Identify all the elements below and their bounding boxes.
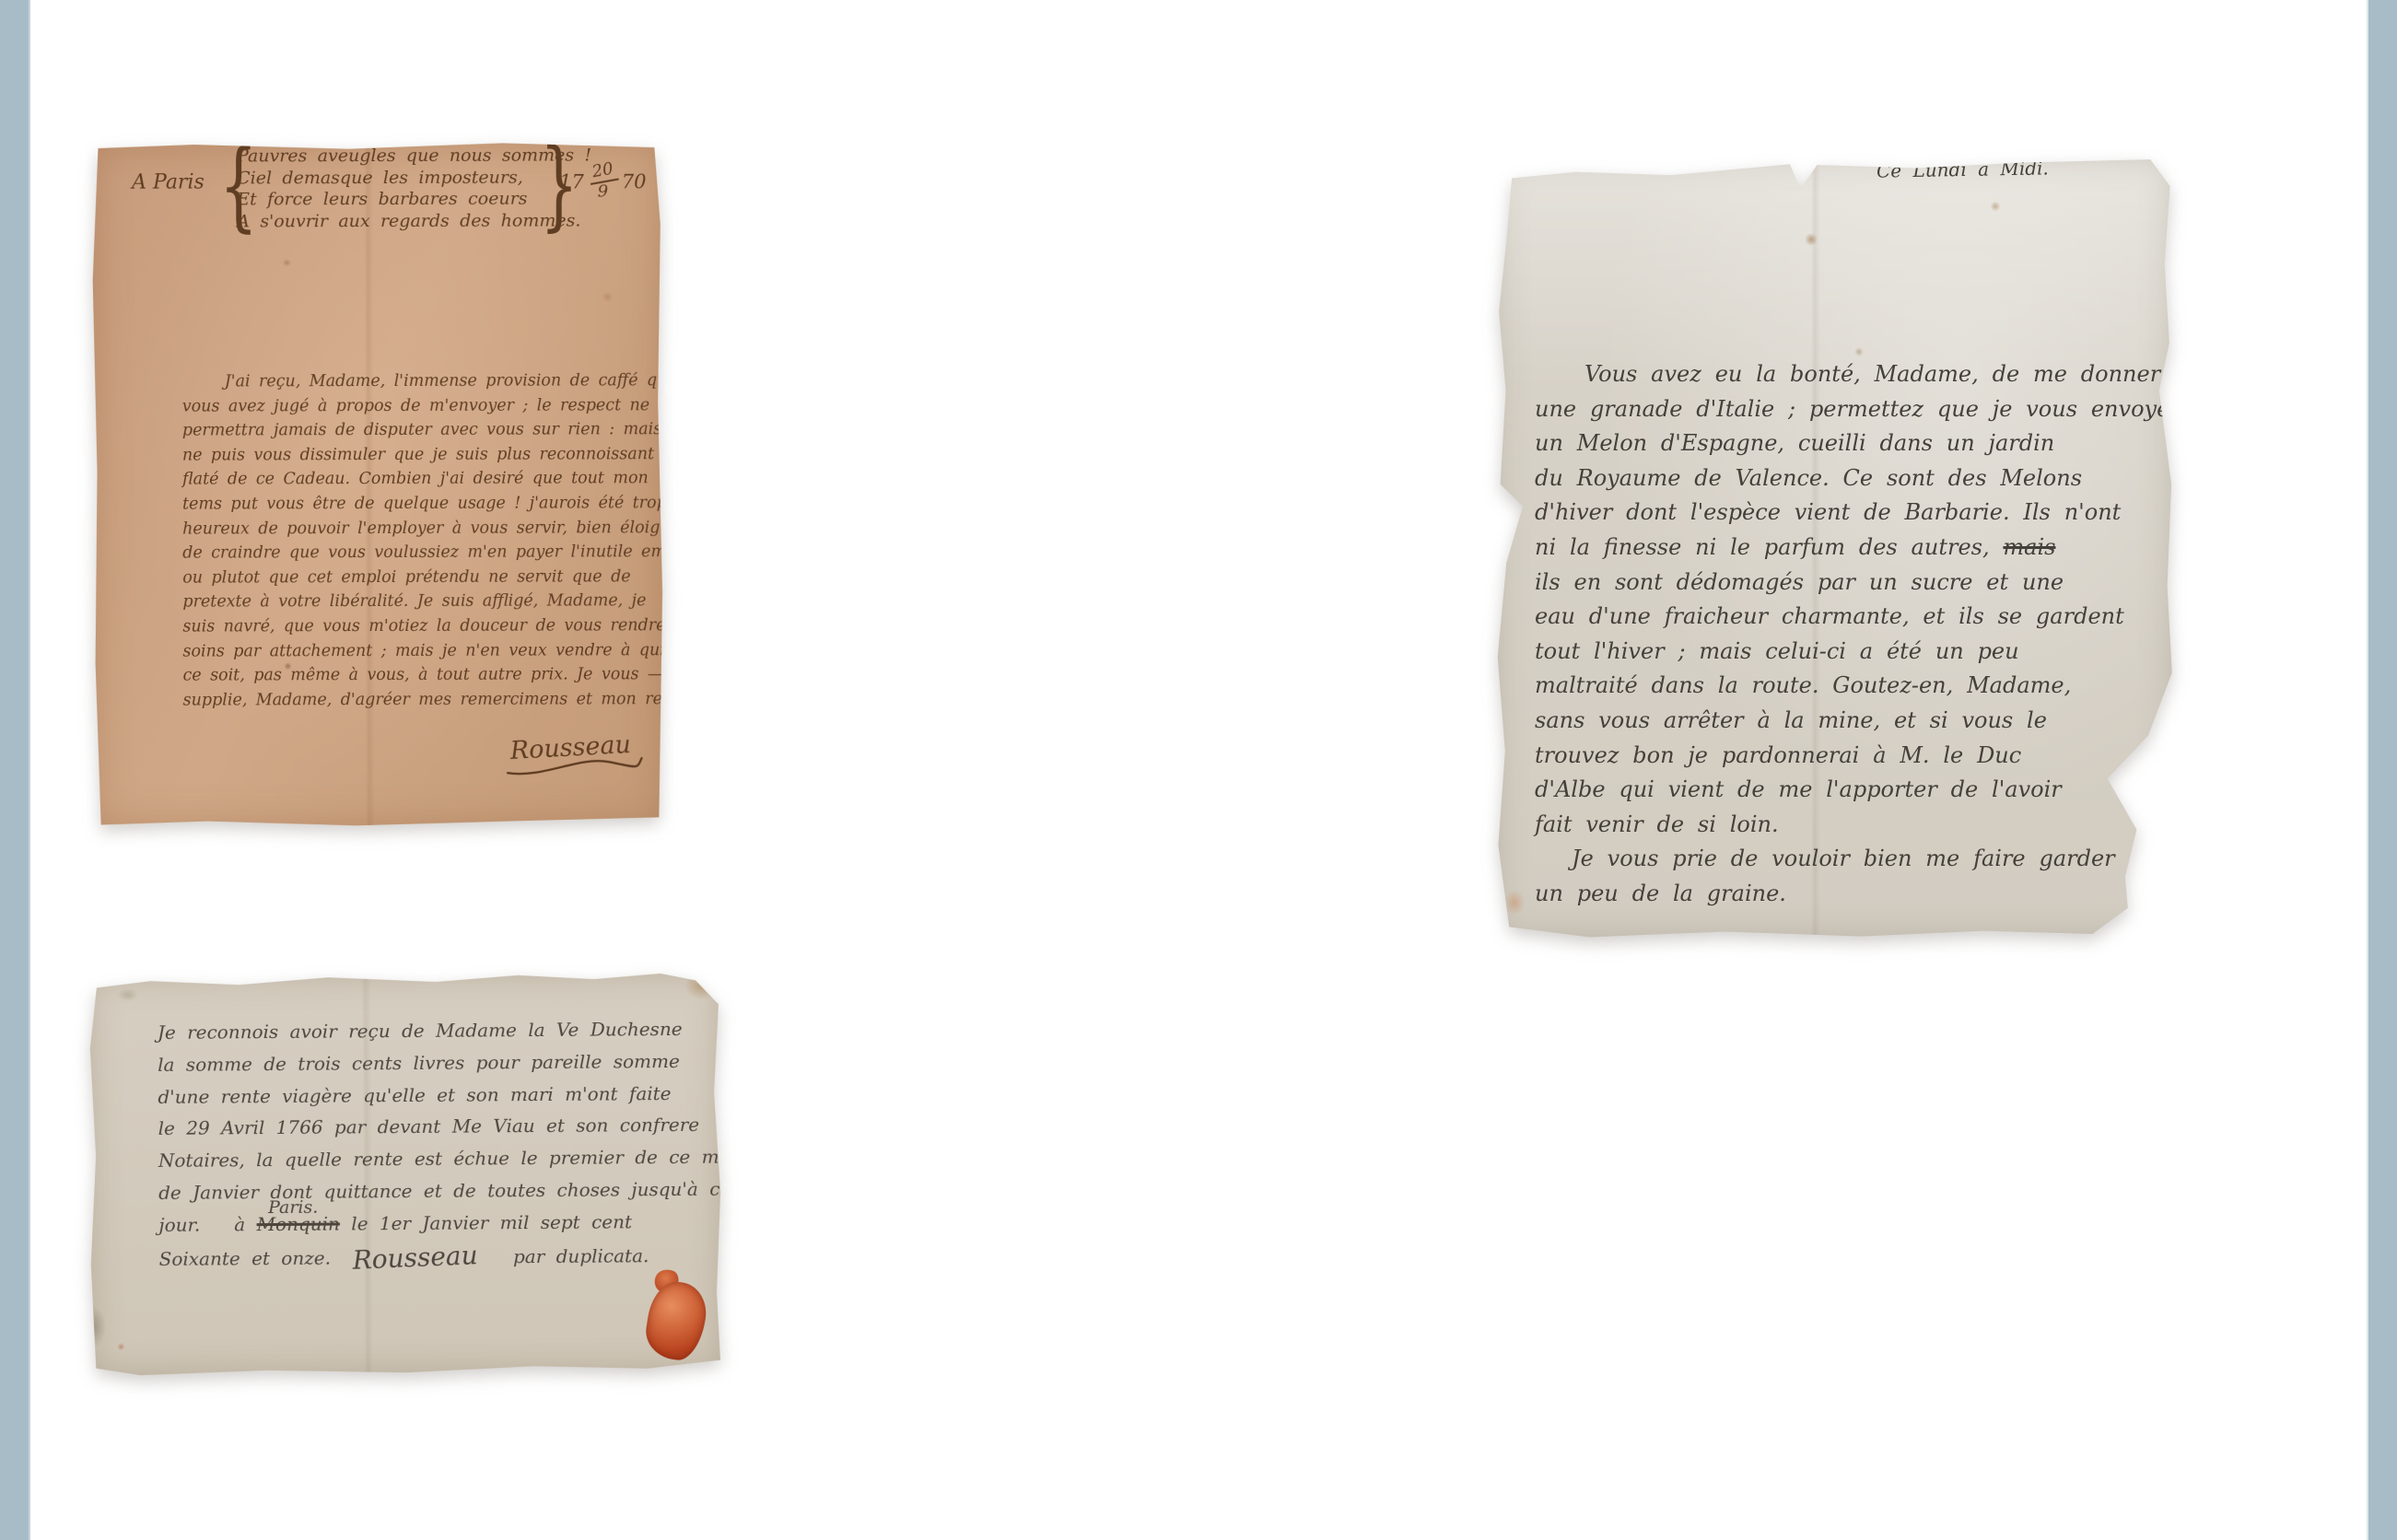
handwritten-line: la somme de trois cents livres pour pare… [158, 1045, 697, 1081]
handwritten-line: un peu de la graine. [1535, 877, 2174, 912]
handwritten-line: un Melon d'Espagne, cueilli dans un jard… [1535, 426, 2174, 461]
handwritten-line: maltraité dans la route. Goutez-en, Mada… [1535, 669, 2174, 704]
handwritten-line: de craindre que vous voulussiez m'en pay… [182, 540, 658, 566]
handwritten-line: flaté de ce Cadeau. Combien j'ai desiré … [182, 467, 658, 493]
dateline: Ce Lundi à Midi. [1877, 157, 2049, 181]
handwritten-line: tout l'hiver ; mais celui-ci a été un pe… [1535, 635, 2174, 670]
handwritten-line: Vous avez eu la bonté, Madame, de me don… [1535, 357, 2174, 392]
handwritten-line: d'Albe qui vient de me l'apporter de l'a… [1535, 773, 2174, 808]
handwritten-line: Je reconnois avoir reçu de Madame la Ve … [158, 1013, 697, 1049]
handwritten-line: supplie, Madame, d'agréer mes remercimen… [183, 687, 659, 713]
date-prefix: 17 [559, 170, 584, 192]
receipt-1771: Je reconnois avoir reçu de Madame la Ve … [87, 973, 723, 1377]
line-segment: par duplicata. [513, 1244, 649, 1267]
handwritten-line: d'une rente viagère qu'elle et son mari … [158, 1077, 697, 1113]
letter-body: J'ai reçu, Madame, l'immense provision d… [182, 368, 659, 713]
handwritten-line: trouvez bon je pardonnerai à M. le Duc [1535, 739, 2174, 774]
handwritten-line: sans vous arrêter à la mine, et si vous … [1535, 704, 2174, 739]
handwritten-line: soins par attachement ; mais je n'en veu… [182, 638, 658, 664]
letter-melon: Ce Lundi à Midi. Vous avez eu la bonté, … [1494, 155, 2174, 939]
signature-rousseau: Rousseau [509, 730, 632, 765]
place-label: A Paris [132, 170, 205, 193]
red-wax-seal [642, 1278, 710, 1363]
manuscript-date: 17 20 9 70 [559, 162, 646, 201]
handwritten-line: pretexte à votre libéralité. Je suis aff… [182, 589, 658, 615]
inserted-word-paris: Paris. [268, 1191, 318, 1223]
receipt-line-place-date: jour. à Paris.Monquin le 1er Janvier mil… [158, 1206, 698, 1242]
catalog-photo-spread: A Paris { Pauvres aveugles que nous somm… [0, 0, 2397, 1540]
receipt-1771-paper: Je reconnois avoir reçu de Madame la Ve … [87, 973, 723, 1377]
handwritten-line: eau d'une fraicheur charmante, et ils se… [1535, 600, 2174, 635]
right-page-edge-strip [2367, 0, 2397, 1540]
date-fraction: 20 9 [589, 162, 617, 201]
letter-paris-1770-paper: A Paris { Pauvres aveugles que nous somm… [91, 142, 664, 827]
line-segment: jour. à [158, 1213, 256, 1236]
handwritten-line: ils en sont dédomagés par un sucre et un… [1535, 566, 2174, 601]
handwritten-line: suis navré, que vous m'otiez la douceur … [182, 613, 658, 639]
corrected-place: Paris.Monquin [256, 1207, 340, 1240]
handwritten-line: Pauvres aveugles que nous sommes ! [237, 145, 591, 168]
line-segment: le 1er Janvier mil sept cent [340, 1210, 632, 1234]
handwritten-line: ne puis vous dissimuler que je suis plus… [182, 442, 658, 468]
handwritten-line: d'hiver dont l'espèce vient de Barbarie.… [1535, 496, 2174, 531]
handwritten-line: fait venir de si loin. [1535, 808, 2174, 843]
receipt-body: Je reconnois avoir reçu de Madame la Ve … [158, 1013, 699, 1275]
handwritten-line: J'ai reçu, Madame, l'immense provision d… [182, 368, 658, 394]
left-page-edge-strip [0, 0, 30, 1540]
letter-body: Vous avez eu la bonté, Madame, de me don… [1535, 357, 2174, 912]
letter-lines-upper: Vous avez eu la bonté, Madame, de me don… [1535, 357, 2174, 531]
quatrain: Pauvres aveugles que nous sommes !Ciel d… [237, 145, 591, 232]
handwritten-line: Je vous prie de vouloir bien me faire ga… [1535, 842, 2174, 877]
line-with-strikeout: ni la finesse ni le parfum des autres, m… [1535, 531, 2174, 566]
handwritten-line: une granade d'Italie ; permettez que je … [1535, 392, 2174, 427]
handwritten-line: Notaires, la quelle rente est échue le p… [158, 1141, 698, 1177]
letter-paris-1770: A Paris { Pauvres aveugles que nous somm… [91, 142, 664, 827]
date-year: 70 [622, 170, 647, 192]
handwritten-line: A s'ouvrir aux regards des hommes. [237, 210, 591, 233]
receipt-line-signature: Soixante et onze.Rousseaupar duplicata. [158, 1237, 698, 1275]
handwritten-line: vous avez jugé à propos de m'envoyer ; l… [182, 393, 658, 419]
handwritten-line: Et force leurs barbares coeurs [237, 188, 591, 211]
struck-word-mais: mais [2003, 534, 2055, 560]
date-day: 20 [587, 160, 618, 185]
line-segment: ni la finesse ni le parfum des autres, [1535, 534, 2003, 560]
signature-rousseau: Rousseau [352, 1240, 478, 1277]
handwritten-line: du Royaume de Valence. Ce sont des Melon… [1535, 461, 2174, 496]
handwritten-line: Ciel demasque les imposteurs, [237, 167, 591, 190]
handwritten-line: le 29 Avril 1766 par devant Me Viau et s… [158, 1109, 698, 1145]
handwritten-line: de Janvier dont quittance et de toutes c… [158, 1173, 698, 1209]
handwritten-line: ce soit, pas même à vous, à tout autre p… [183, 662, 659, 688]
line-segment: Soixante et onze. [159, 1246, 332, 1269]
handwritten-line: ou plutot que cet emploi prétendu ne ser… [182, 565, 658, 590]
date-month: 9 [598, 182, 609, 201]
letter-lines-lower: ils en sont dédomagés par un sucre et un… [1535, 566, 2174, 912]
letter-melon-paper: Ce Lundi à Midi. Vous avez eu la bonté, … [1494, 155, 2174, 939]
handwritten-line: tems put vous être de quelque usage ! j'… [182, 491, 658, 517]
receipt-lines: Je reconnois avoir reçu de Madame la Ve … [158, 1013, 698, 1209]
handwritten-line: permettra jamais de disputer avec vous s… [182, 417, 658, 443]
handwritten-line: heureux de pouvoir l'employer à vous ser… [182, 516, 658, 542]
